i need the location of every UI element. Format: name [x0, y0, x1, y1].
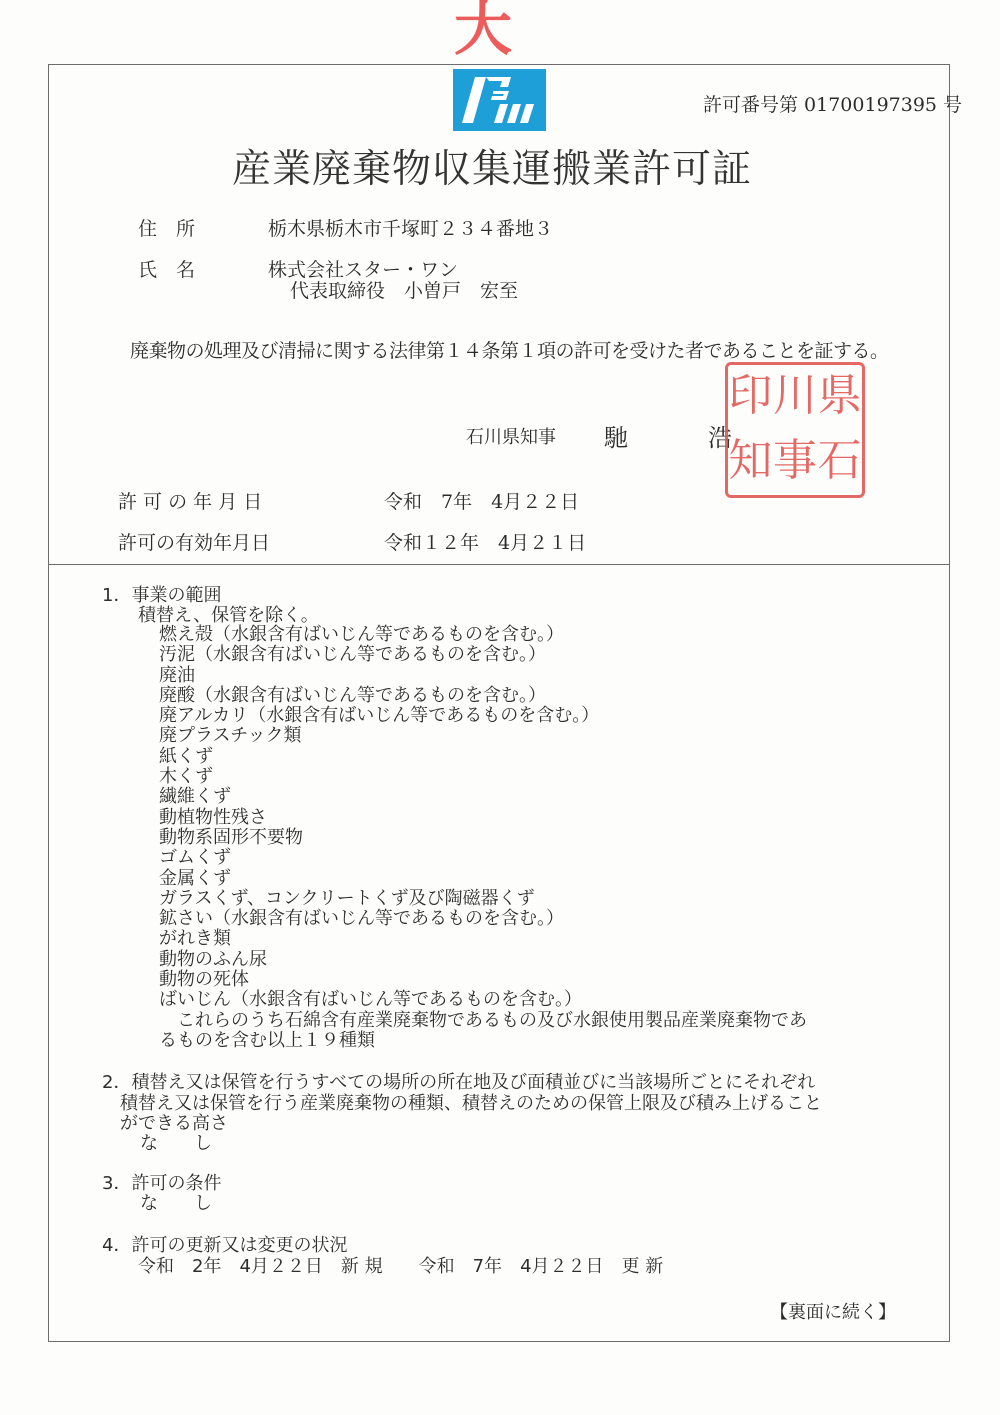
section-2-line: 2．積替え又は保管を行うすべての場所の所在地及び面積並びに当該場所ごとにそれぞれ [102, 1073, 815, 1093]
section-4-history: 令和 2年 4月２２日 新 規 令和 7年 4月２２日 更 新 [138, 1257, 663, 1277]
list-item: がれき類 [159, 929, 807, 949]
seal-char: 事 [773, 430, 818, 495]
list-item: 木くず [159, 767, 807, 787]
list-item: 繊維くず [159, 787, 807, 807]
list-item: 廃油 [159, 666, 807, 686]
list-item: ゴムくず [159, 848, 807, 868]
section-4-heading: 4．許可の更新又は変更の状況 [102, 1236, 347, 1256]
seal-char: 石 [817, 430, 862, 495]
certification-statement: 廃棄物の処理及び清掃に関する法律第１４条第１項の許可を受けた者であることを証する… [130, 336, 889, 363]
permit-date-value: 令和 7年 4月２２日 [384, 487, 579, 514]
section-2-value: な し [140, 1134, 212, 1154]
list-item: 汚泥（水銀含有ばいじん等であるものを含む。） [159, 645, 807, 665]
issuer-title: 石川県知事 [466, 423, 556, 449]
seal-char: 知 [728, 430, 773, 495]
list-item: ばいじん（水銀含有ばいじん等であるものを含む。） [159, 990, 807, 1010]
summary-line: るものを含む以上１９種類 [159, 1031, 375, 1051]
section-divider [48, 564, 950, 565]
official-seal: 印 川 県 知 事 石 [725, 362, 865, 498]
list-item: 廃酸（水銀含有ばいじん等であるものを含む。） [159, 686, 807, 706]
continue-on-back-note: 【裏面に続く】 [770, 1298, 896, 1324]
list-item: 紙くず [159, 747, 807, 767]
section-2-line: ができる高さ [120, 1114, 228, 1134]
document-title: 産業廃棄物収集運搬業許可証 [232, 138, 752, 194]
list-item: 廃プラスチック類 [159, 726, 807, 746]
list-item: 動物の死体 [159, 970, 807, 990]
received-stamp: 大 [452, 4, 514, 54]
issuer-name-first: 馳 [604, 418, 628, 453]
seal-char: 川 [773, 365, 818, 430]
seal-char: 県 [817, 365, 862, 430]
list-item: 金属くず [159, 869, 807, 889]
section-3-value: な し [140, 1194, 212, 1214]
list-item: 動物系固形不要物 [159, 828, 807, 848]
list-item: ガラスくず、コンクリートくず及び陶磁器くず [159, 889, 807, 909]
address-value: 栃木県栃木市千塚町２３４番地３ [268, 214, 553, 241]
list-item: 動物のふん尿 [159, 950, 807, 970]
permit-date-label: 許 可 の 年 月 日 [118, 487, 262, 514]
list-item: 廃アルカリ（水銀含有ばいじん等であるものを含む。） [159, 706, 807, 726]
seal-char: 印 [728, 365, 773, 430]
address-label: 住 所 [138, 214, 195, 241]
permit-number: 許可番号第 01700197395 号 [703, 90, 962, 117]
valid-until-label: 許可の有効年月日 [118, 528, 270, 555]
valid-until-value: 令和１２年 4月２１日 [384, 528, 586, 555]
section-3-heading: 3．許可の条件 [102, 1174, 221, 1194]
ishikawa-prefecture-logo-icon [453, 69, 546, 131]
section-2-line: 積替え又は保管を行う産業廃棄物の種類、積替えのための保管上限及び積み上げること [120, 1094, 822, 1114]
waste-type-list: 燃え殻（水銀含有ばいじん等であるものを含む。） 汚泥（水銀含有ばいじん等であるも… [159, 625, 807, 1031]
representative-name: 代表取締役 小曽戸 宏至 [290, 276, 518, 303]
section-1-heading: 1．事業の範囲 [102, 586, 221, 606]
list-item: 鉱さい（水銀含有ばいじん等であるものを含む。） [159, 909, 807, 929]
list-item: 動植物性残さ [159, 808, 807, 828]
list-item: 燃え殻（水銀含有ばいじん等であるものを含む。） [159, 625, 807, 645]
summary-line: これらのうち石綿含有産業廃棄物であるもの及び水銀使用製品産業廃棄物であ [159, 1011, 807, 1031]
name-label: 氏 名 [138, 255, 195, 282]
